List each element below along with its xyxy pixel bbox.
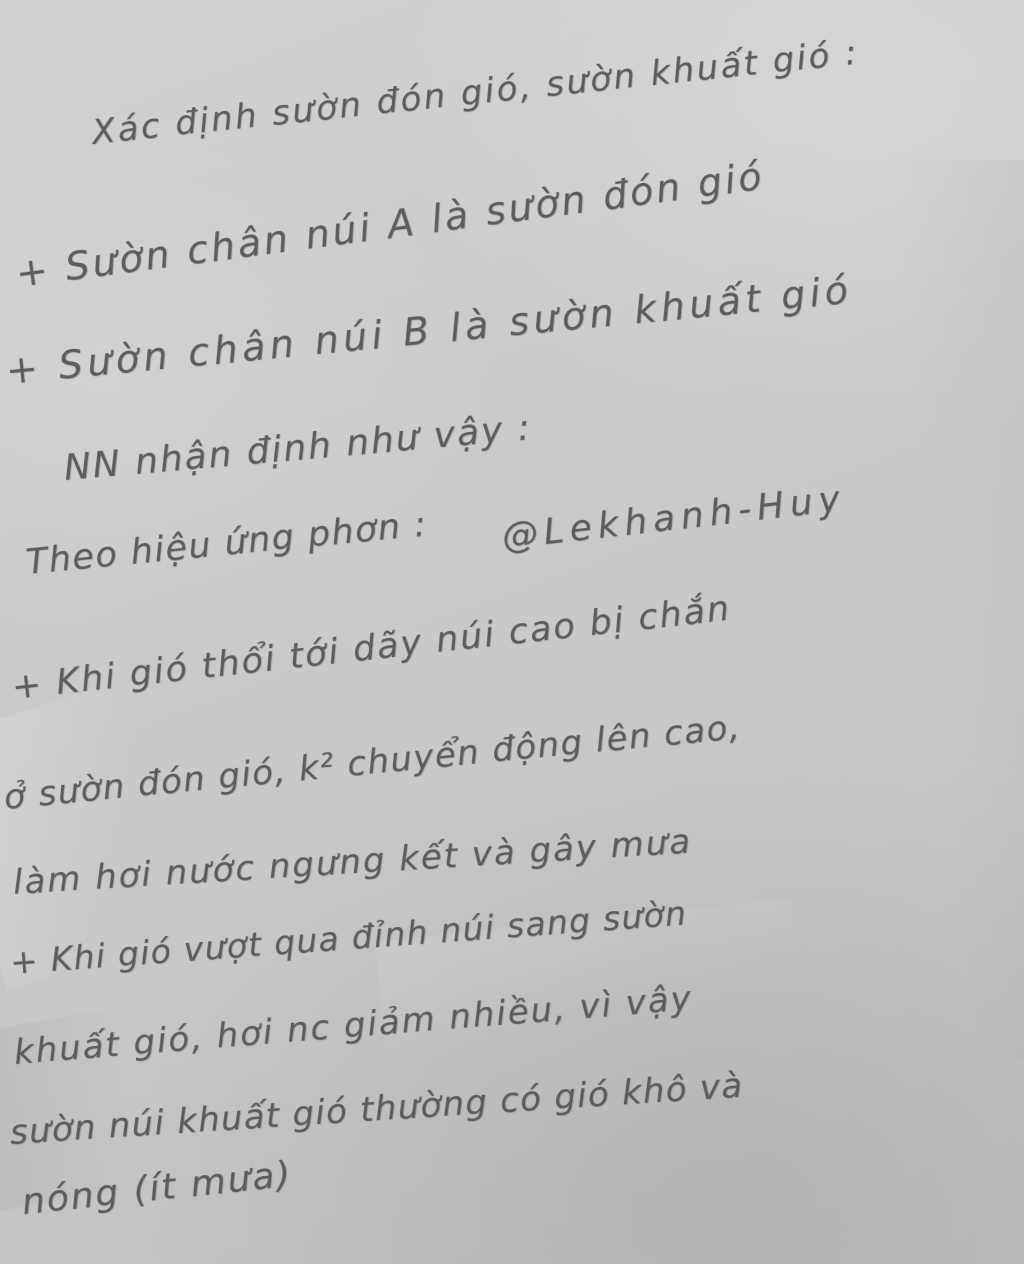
handwritten-line-leeward: khuất gió, hơi nc giảm nhiều, vì vậy bbox=[12, 978, 694, 1072]
handwritten-line-foehn: Theo hiệu ứng phơn : bbox=[24, 504, 429, 582]
handwritten-line-title: Xác định sườn đón gió, sườn khuất gió : bbox=[90, 33, 861, 153]
handwritten-line-air-rises: ở sườn đón gió, k² chuyển động lên cao, bbox=[2, 707, 743, 818]
paper-shadow bbox=[864, 160, 1024, 1060]
author-watermark: @Lekhanh-Huy bbox=[500, 478, 848, 558]
handwritten-line-slope-b: + Sườn chân núi B là sườn khuất gió bbox=[4, 268, 854, 393]
handwritten-line-hot-dry: nóng (ít mưa) bbox=[20, 1154, 294, 1223]
handwritten-line-remark: NN nhận định như vậy : bbox=[62, 407, 533, 489]
handwritten-line-condensation: làm hơi nước ngưng kết và gây mưa bbox=[12, 822, 693, 903]
handwritten-line-wind-crosses: + Khi gió vượt qua đỉnh núi sang sườn bbox=[9, 893, 689, 982]
handwritten-line-slope-a: + Sườn chân núi A là sườn đón gió bbox=[13, 154, 767, 296]
handwritten-line-wind-blocked: + Khi gió thổi tới dãy núi cao bị chắn bbox=[10, 589, 733, 708]
handwritten-note-page: Xác định sườn đón gió, sườn khuất gió : … bbox=[0, 0, 1024, 1264]
handwritten-line-dry-wind: sườn núi khuất gió thường có gió khô và bbox=[9, 1066, 745, 1153]
